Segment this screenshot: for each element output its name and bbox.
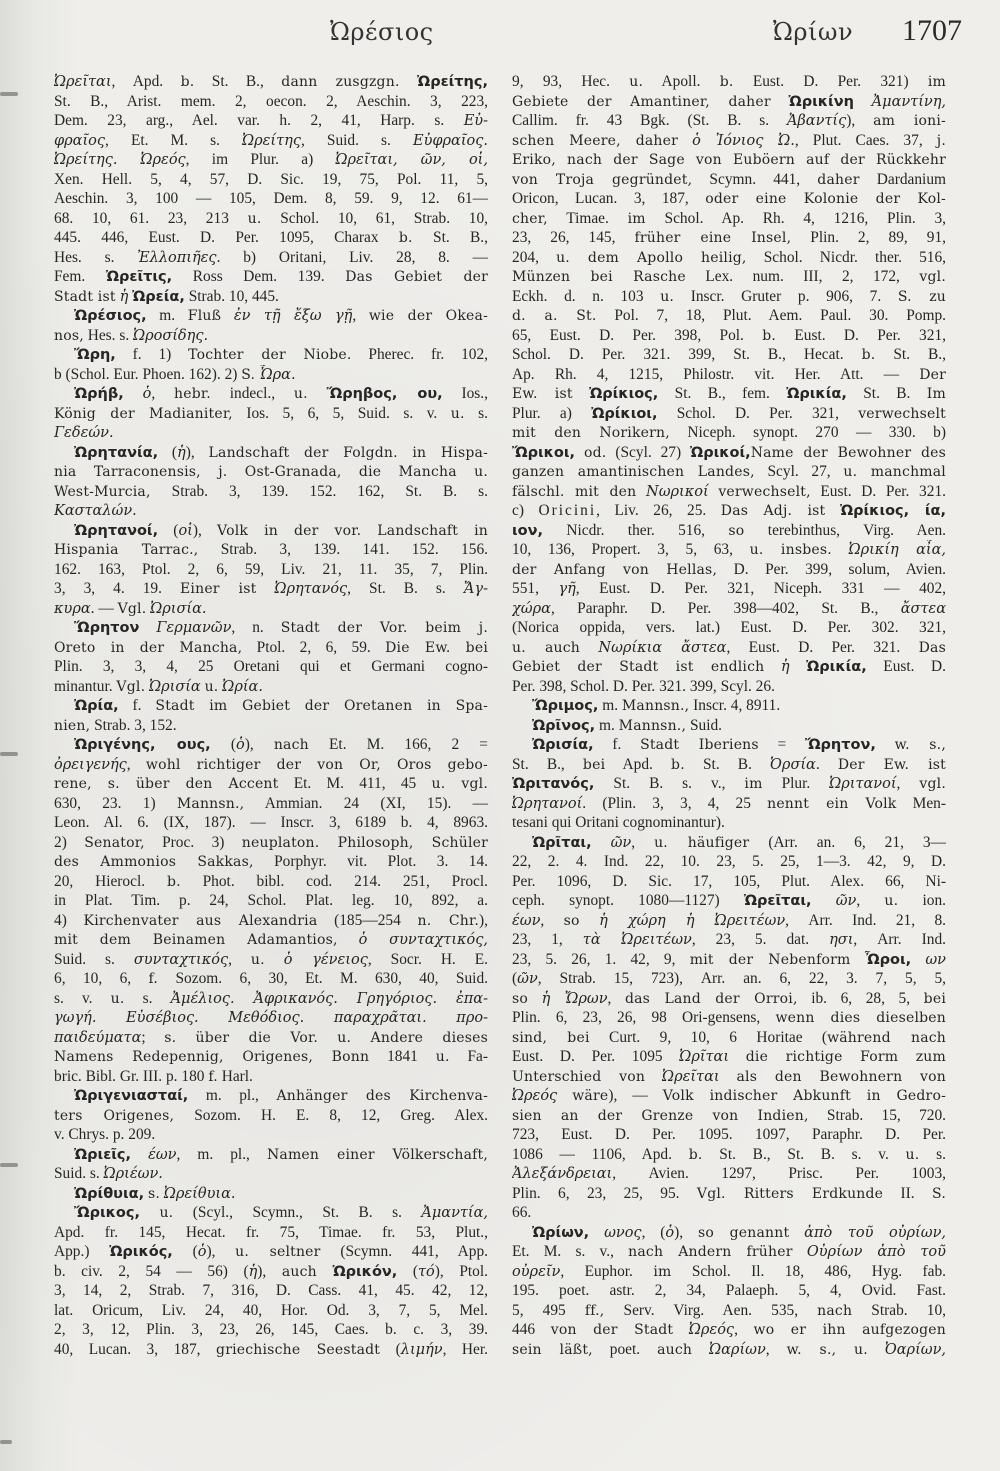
- fraktur-text: sind, bei: [512, 1030, 590, 1046]
- fraktur-text: j.: [937, 133, 946, 149]
- dictionary-line: fälschl. mit den Νωρικοί verwechselt, Eu…: [512, 482, 946, 502]
- text: ,: [856, 892, 884, 909]
- headword: Ὠρήβ,: [74, 386, 124, 402]
- text: (: [158, 522, 178, 539]
- text: , im Plur. a): [186, 151, 336, 168]
- fraktur-text: im: [653, 1264, 671, 1280]
- fraktur-text: Mannsn.,: [619, 718, 686, 734]
- headword: Ὠρίκιοι,: [591, 406, 657, 422]
- greek-text: ὁ συνταχτικός,: [359, 932, 488, 948]
- greek-text: συνταχτικός: [134, 952, 228, 968]
- dictionary-line: Ὠρίων, ωνος, (ὁ), so genannt ἀπὸ τοῦ οὐρ…: [512, 1223, 946, 1243]
- text: Apoll.: [643, 73, 720, 90]
- text: St. B.,: [512, 756, 583, 773]
- dictionary-line: cher, Timae. im Schol. Ap. Rh. 4, 1216, …: [512, 209, 946, 229]
- fraktur-text: u.: [205, 679, 219, 695]
- text: ,: [352, 307, 369, 324]
- fraktur-text: Senator,: [84, 835, 145, 851]
- text: 204,: [512, 249, 556, 266]
- text: ,: [228, 951, 251, 968]
- text: ),: [186, 444, 209, 461]
- fraktur-text: auch: [657, 1342, 692, 1358]
- fraktur-text: S.: [932, 1186, 946, 1202]
- headword: Ὠρητανία,: [74, 445, 158, 461]
- text: , Paraphr. D. Per. 398—402, St. B.,: [551, 600, 901, 617]
- text: St. B., fem.: [658, 385, 786, 402]
- headword: Ὠρητανοί,: [74, 523, 158, 539]
- text: [876, 736, 895, 753]
- headword: Ὠρικία,: [786, 386, 847, 402]
- dictionary-line: ceph. synopt. 1080—1127) Ὠρεῖται, ῶν, u.…: [512, 891, 946, 911]
- text: Pol. 7, 18, Plut. Aem. Paul. 30. Pomp.: [597, 307, 946, 324]
- dictionary-line: tesani qui Oritani cognominantur).: [512, 813, 946, 833]
- fraktur-text: wohl richtiger der von Or, Oros gebo-: [146, 757, 488, 773]
- dictionary-line: Per. 398, Schol. D. Per. 321. 399, Scyl.…: [512, 677, 946, 697]
- text: St. B.,: [875, 346, 946, 363]
- dictionary-line: sien an der Grenze von Indien, Strab. 15…: [512, 1106, 946, 1126]
- text: Suid.: [686, 717, 722, 734]
- text: St. B.,: [413, 229, 488, 246]
- text: [789, 1224, 804, 1241]
- fraktur-text: u. vgl.: [431, 776, 488, 792]
- fraktur-text: s. über die Vor. u. Andere dieses: [164, 1030, 488, 1046]
- dictionary-line: 551, γῆ, Eust. D. Per. 321, Niceph. 331 …: [512, 579, 946, 599]
- dictionary-line: Ὠρίθυια, s. Ὠρείθυια.: [54, 1184, 488, 1204]
- greek-text: Ἀβαντίς: [787, 113, 846, 129]
- margin-mark: [0, 1440, 12, 1444]
- text: D. Per. 399, solum, Avien.: [717, 561, 946, 578]
- dictionary-line: Ἀλεξάνδρειαι, Avien. 1297, Prisc. Per. 1…: [512, 1164, 946, 1184]
- fraktur-text: so: [512, 991, 528, 1007]
- fraktur-text: Hispania Tarrac.,: [54, 542, 198, 558]
- fraktur-text: West-Murcia,: [54, 484, 151, 500]
- fraktur-text: mit dem Beinamen Adamantios,: [54, 932, 338, 948]
- text: (: [397, 1263, 418, 1280]
- text: [771, 93, 789, 110]
- fraktur-text: schen Meere, daher: [512, 133, 678, 149]
- greek-text: ὁ: [236, 737, 245, 753]
- text: [868, 1341, 885, 1358]
- text: 6, 10, 6,: [54, 970, 149, 987]
- fraktur-text: u.: [884, 893, 898, 909]
- dictionary-line: nien, Strab. 3, 152.: [54, 716, 488, 736]
- fraktur-text: mit den Norikern,: [512, 425, 670, 441]
- greek-text: Ἀλεξάνδρειαι: [512, 1166, 612, 1182]
- text: m. pl.,: [188, 1087, 276, 1104]
- fraktur-text: Der: [919, 367, 946, 383]
- left-column: Ὠρεῖται, Apd. b. St. B., dann zusgzgn. Ὠ…: [54, 72, 488, 1359]
- fraktur-text: so: [564, 913, 580, 929]
- fraktur-text: nos,: [54, 328, 84, 344]
- fraktur-text: neuplaton. Philosoph, Schüler: [242, 835, 488, 851]
- text: St. B.: [685, 756, 770, 773]
- text: , Apd.: [112, 73, 181, 90]
- fraktur-text: ganzen amantinischen Landes,: [512, 464, 755, 480]
- dictionary-line: 204, u. dem Apollo heilig, Schol. Nicdr.…: [512, 248, 946, 268]
- greek-text: Ὠρεός: [689, 1322, 734, 1338]
- text: 723, Eust. D. Per. 1095. 1097, Paraphr. …: [512, 1126, 946, 1143]
- text: [575, 444, 584, 461]
- dictionary-line: mit den Norikern, Niceph. synopt. 270 — …: [512, 423, 946, 443]
- text: [825, 502, 840, 519]
- greek-text: ὁ γένειος: [284, 952, 368, 968]
- text: , Liv. 26, 25.: [596, 502, 721, 519]
- greek-text: Ὠρισία: [149, 679, 201, 695]
- dictionary-line: Eckh. d. n. 103 u. Inscr. Gruter p. 906,…: [512, 287, 946, 307]
- headword: Ὠρίθυια,: [74, 1186, 144, 1202]
- text: 195. poet. astr. 2, 34, Palaeph. 5, 4, O…: [512, 1282, 946, 1299]
- dictionary-line: Plin. 6, 23, 25, 95. Vgl. Ritters Erdkun…: [512, 1184, 946, 1204]
- fraktur-text: Einer ist: [180, 581, 256, 597]
- fraktur-text: verwechselt,: [718, 484, 810, 500]
- dictionary-line: 2) Senator, Proc. 3) neuplaton. Philosop…: [54, 833, 488, 853]
- text: (Scymn. 441, App.: [321, 1243, 488, 1260]
- text: s.: [465, 405, 488, 422]
- fraktur-text: u.: [251, 952, 265, 968]
- fraktur-text: u. dem Apollo heilig,: [556, 250, 747, 266]
- text: Timae.: [548, 210, 628, 227]
- dictionary-line: West-Murcia, Strab. 3, 139. 152. 162, St…: [54, 482, 488, 502]
- headword: Ὠρίων,: [532, 1225, 589, 1241]
- dictionary-line: Plin. 3, 3, 4, 25 Oretani qui et Germani…: [54, 657, 488, 677]
- text: Suid. s.: [54, 951, 134, 968]
- greek-text: οἱ: [178, 523, 192, 539]
- dictionary-line: 40, Lucan. 3, 187, griechische Seestadt …: [54, 1340, 488, 1360]
- spaced-text: Oricini: [539, 502, 597, 519]
- text: 9, 93, Hec.: [512, 73, 629, 90]
- text: Per. 1096, D. Sic. 17, 105, Plut. Alex. …: [512, 873, 946, 890]
- dictionary-line: Ὠρήβ, ὁ, hebr. indecl., u. Ὤρηβος, ου, I…: [54, 384, 488, 404]
- greek-text: Ὦρα.: [259, 367, 296, 383]
- fraktur-text: vgl.: [919, 776, 946, 792]
- text: 66.: [512, 1204, 531, 1221]
- running-head-left: Ὠρέσιος: [330, 18, 434, 46]
- fraktur-text: als den Bewohnern von: [737, 1069, 946, 1085]
- text: St. B., St. B. s. v.: [703, 1146, 906, 1163]
- text: ,: [151, 385, 174, 402]
- dictionary-line: s. v. u. s. Ἀμέλιος. Ἀφρικανός. Γρηγόριο…: [54, 989, 488, 1009]
- greek-text: ἡ Ὤρων: [542, 991, 608, 1007]
- text: tesani qui Oritani cognominantur).: [512, 814, 725, 831]
- dictionary-line: Ὠριτανός, St. B. s. v., im Plur. Ὠριτανο…: [512, 774, 946, 794]
- fraktur-text: Das Gebiet der: [345, 269, 488, 285]
- greek-text: ῶν: [836, 893, 857, 909]
- dictionary-line: minantur. Vgl. Ὠρισία u. Ὠρία.: [54, 677, 488, 697]
- fraktur-text: nien,: [54, 718, 90, 734]
- dictionary-line: Ὠριεῖς, έων, m. pl., Namen einer Völkers…: [54, 1145, 488, 1165]
- text: 5, 495: [512, 1302, 585, 1319]
- headword: Ὠριεῖς,: [74, 1147, 131, 1163]
- fraktur-text: b.: [720, 74, 734, 90]
- fraktur-text: u. häufiger: [654, 835, 749, 851]
- fraktur-text: rene, s. über den Accent: [54, 776, 278, 792]
- fraktur-text: w. s.,: [895, 737, 946, 753]
- headword: Ὠριτανός,: [512, 776, 594, 792]
- dictionary-line: b (Schol. Eur. Phoen. 162). 2) S. Ὦρα.: [54, 365, 488, 385]
- dictionary-line: Per. 1096, D. Sic. 17, 105, Plut. Alex. …: [512, 872, 946, 892]
- fraktur-text: u.: [436, 1049, 450, 1065]
- text: ;: [141, 1029, 164, 1046]
- text: [793, 1243, 807, 1260]
- text: 2): [54, 834, 84, 851]
- greek-text: ὁ Ἰόνιος Ὠ.: [692, 133, 795, 149]
- dictionary-line: ters Origenes, Sozom. H. E. 8, 12, Greg.…: [54, 1106, 488, 1126]
- dictionary-line: Apd. fr. 145, Hecat. fr. 75, Timae. fr. …: [54, 1223, 488, 1243]
- text: [812, 892, 836, 909]
- text: 22, 2. 4. Ind. 22, 10. 23, 5. 25, 1—3. 4…: [512, 853, 946, 870]
- text: Ammian. 24 (XI, 15). —: [244, 795, 488, 812]
- text: 3, 3, 4. 19.: [54, 580, 180, 597]
- text: Ios.,: [443, 385, 488, 402]
- text: [854, 93, 872, 110]
- dictionary-line: 2, 3, 12, Plin. 3, 23, 26, 145, Caes. b.…: [54, 1320, 488, 1340]
- greek-text: ἡ χώρη ἡ Ὠρειτέων: [599, 913, 785, 929]
- fraktur-text: dann zusgzgn.: [281, 74, 399, 90]
- text: . —: [91, 600, 118, 617]
- dictionary-line: Ὠρητανία, (ἡ), Landschaft der Folgdn. in…: [54, 443, 488, 463]
- dictionary-line: 630, 23. 1) Mannsn., Ammian. 24 (XI, 15)…: [54, 794, 488, 814]
- dictionary-line: 65, Eust. D. Per. 398, Pol. b. Eust. D. …: [512, 326, 946, 346]
- greek-text: ῶν: [611, 835, 632, 851]
- dictionary-line: Ὠρητανοί. (Plin. 3, 3, 4, 25 nennt ein V…: [512, 794, 946, 814]
- text: 446: [512, 1321, 551, 1338]
- fraktur-text: Namen einer Völkerschaft,: [267, 1147, 488, 1163]
- text: Phot. bibl. cod. 214. 251, Procl.: [181, 873, 488, 890]
- fraktur-text: verwechselt: [858, 406, 946, 422]
- text: ),: [257, 1263, 282, 1280]
- text: ion.: [898, 892, 946, 909]
- text: Scyl. 27,: [755, 463, 844, 480]
- dictionary-line: Eust. D. Per. 1095 Ὠρῖται die richtige F…: [512, 1047, 946, 1067]
- headword: Ὦροι,: [865, 952, 911, 968]
- greek-text: έων: [512, 913, 540, 929]
- text: [573, 385, 589, 402]
- text: [764, 658, 781, 675]
- text: Strab. 3, 139. 141. 152. 156.: [198, 541, 488, 558]
- text: ,: [540, 912, 563, 929]
- text: ),: [674, 1224, 698, 1241]
- greek-text: παιδεύματα: [54, 1030, 141, 1046]
- headword: Ὤρηβος, ου,: [327, 386, 443, 402]
- text: 630, 23. 1): [54, 795, 177, 812]
- dictionary-line: Ew. ist Ὠρίκιος, St. B., fem. Ὠρικία, St…: [512, 384, 946, 404]
- greek-text: ἡ: [177, 445, 186, 461]
- text: Nicdr. ther. 516,: [543, 522, 728, 539]
- fraktur-text: im: [628, 211, 646, 227]
- dictionary-line: ganzen amantinischen Landes, Scyl. 27, u…: [512, 462, 946, 482]
- fraktur-text: Anhänger des Kirchenva-: [276, 1088, 488, 1104]
- fraktur-text: Eriko, nach der Sage von Euböern auf der…: [512, 152, 946, 168]
- fraktur-text: u.: [294, 386, 308, 402]
- headword: Ὠρείτης,: [417, 74, 488, 90]
- text: 10, 136, Propert. 3, 5, 63,: [512, 541, 750, 558]
- fraktur-text: Name der Bewohner des: [751, 445, 946, 461]
- dictionary-line: St. B., bei Apd. b. St. B. Ὀρσία. Der Ew…: [512, 755, 946, 775]
- fraktur-text: Landschaft der Folgdn. in Hispa-: [209, 445, 488, 461]
- fraktur-text: Volk indischer Abkunft in Gedro-: [663, 1088, 946, 1104]
- dictionary-line: Ὠρείτης. Ὠρεός, im Plur. a) Ὠρεῖται, ῶν,…: [54, 150, 488, 170]
- text: Schol. Ap. Rh. 4, 1216, Plin. 3,: [646, 210, 946, 227]
- text: .: [816, 756, 838, 773]
- text: (: [158, 444, 177, 461]
- headword: Ὠριγενιασταί,: [74, 1088, 188, 1104]
- greek-text: ων: [925, 952, 946, 968]
- fraktur-text: griechische Seestadt: [216, 1342, 380, 1358]
- fraktur-text: im: [928, 74, 946, 90]
- text: (: [380, 1341, 401, 1358]
- text: Strab. 15, 720.: [809, 1107, 946, 1124]
- fraktur-text: u. seltner: [235, 1244, 320, 1260]
- text: Proc. 3): [145, 834, 242, 851]
- text: Pherec. fr. 102,: [352, 346, 488, 363]
- dictionary-line: 66.: [512, 1203, 946, 1223]
- fraktur-text: od.: [584, 445, 606, 461]
- text: . b) Oritani, Liv. 28, 8. —: [217, 249, 488, 266]
- headword: Ὤρητον,: [805, 737, 876, 753]
- fraktur-text: der Anfang von Hellas,: [512, 562, 717, 578]
- text: [317, 1263, 333, 1280]
- dictionary-line: Plin. 6, 23, 26, 98 Ori-gensens, wenn di…: [512, 1008, 946, 1028]
- text: [911, 951, 925, 968]
- text: , Arr. Ind. 21, 8.: [785, 912, 946, 929]
- fraktur-text: S. zu: [898, 289, 946, 305]
- headword: Ὤρητον: [74, 620, 139, 636]
- greek-text: ῶν: [517, 971, 538, 987]
- text: s. v.: [54, 990, 111, 1007]
- text: Plin. 6, 23, 25, 95.: [512, 1185, 697, 1202]
- fraktur-text: am ioni-: [873, 113, 946, 129]
- greek-text: τό: [418, 1264, 435, 1280]
- fraktur-text: Stadt im Gebiet der Oretanen in Spa-: [155, 698, 488, 714]
- dictionary-line: 23, 5. 26, 1. 42, 9, mit der Nebenform Ὦ…: [512, 950, 946, 970]
- text: Strab. 3, 139. 152. 162, St. B. s.: [151, 483, 488, 500]
- text: , Suid. s.: [301, 132, 413, 149]
- text: Plin. 2, 89, 91,: [791, 229, 946, 246]
- text: ,: [766, 1341, 787, 1358]
- fraktur-text: während nach: [827, 1030, 946, 1046]
- fraktur-text: b.: [167, 874, 181, 890]
- page-number: 1707: [902, 14, 962, 48]
- text: Dem. 23, arg., Ael. var. h. 2, 41, Harp.…: [54, 112, 464, 129]
- fraktur-text: bei: [924, 991, 946, 1007]
- text: Per. 398, Schol. D. Per. 321. 399, Scyl.…: [512, 678, 775, 695]
- headword: Ὠρικόν,: [332, 1264, 397, 1280]
- greek-text: λιμήν: [401, 1342, 443, 1358]
- fraktur-text: Mannsn.,: [177, 796, 244, 812]
- greek-text: ωνος: [604, 1225, 642, 1241]
- fraktur-text: nach: [274, 737, 309, 753]
- fraktur-text: das Land der Orroi,: [625, 991, 798, 1007]
- dictionary-line: lat. Oricum, Liv. 24, 40, Hor. Od. 3, 7,…: [54, 1301, 488, 1321]
- dictionary-line: St. B., Arist. mem. 2, oecon. 2, Aeschin…: [54, 92, 488, 112]
- text: ),: [206, 1243, 235, 1260]
- fraktur-text: von Troja gegründet,: [512, 172, 692, 188]
- text: ,: [734, 1321, 753, 1338]
- headword: Ὠρικίνη: [789, 94, 854, 110]
- dictionary-line: Ὤρη, f. 1) Tochter der Niobe. Pherec. fr…: [54, 345, 488, 365]
- text: [850, 951, 864, 968]
- headword: Ὠρεία,: [132, 289, 185, 305]
- text: terebinthus, Virg. Aen.: [744, 522, 946, 539]
- fraktur-text: Gebiete der Amantiner, daher: [512, 94, 771, 110]
- text: f.: [119, 697, 156, 714]
- text: [580, 639, 598, 656]
- greek-text: φραῖος: [54, 133, 105, 149]
- fraktur-text: u.: [906, 1147, 920, 1163]
- fraktur-text: Namens Redepennig, Origenes, Bonn: [54, 1049, 369, 1065]
- text: 551,: [512, 580, 558, 597]
- text: Hes. s.: [54, 249, 137, 266]
- text: ),: [479, 912, 488, 929]
- text: St. B., Arist. mem. 2, oecon. 2, Aeschin…: [54, 93, 488, 110]
- dictionary-line: Schol. D. Per. 321. 399, St. B., Hecat. …: [512, 345, 946, 365]
- text: [832, 541, 849, 558]
- text: m.: [595, 717, 619, 734]
- fraktur-text: Stadt ist: [54, 289, 116, 305]
- text: Hes. s.: [84, 327, 133, 344]
- fraktur-text: Das: [919, 640, 946, 656]
- dictionary-line: 445. 446, Eust. D. Per. 1095, Charax b. …: [54, 228, 488, 248]
- dictionary-line: 68. 10, 61. 23, 213 u. Schol. 10, 61, St…: [54, 209, 488, 229]
- fraktur-text: b.: [862, 347, 876, 363]
- greek-text: Ὠρητανός: [274, 581, 347, 597]
- text: , Plut. Caes. 37,: [795, 132, 937, 149]
- text: 23, 5. 26, 1. 42, 9,: [512, 951, 690, 968]
- dictionary-line: (Norica oppida, vers. lat.) Eust. D. Per…: [512, 618, 946, 638]
- headword: Ὤρικος,: [74, 1205, 140, 1221]
- text: 445. 446, Eust. D. Per. 1095, Charax: [54, 229, 399, 246]
- dictionary-line: Dem. 23, arg., Ael. var. h. 2, 41, Harp.…: [54, 111, 488, 131]
- dictionary-line: ὀρειγενής, wohl richtiger der von Or, Or…: [54, 755, 488, 775]
- fraktur-text: vgl.: [919, 269, 946, 285]
- greek-text: τὰ Ὠρειτέων: [583, 932, 692, 948]
- text: Strab. 10, 445.: [185, 288, 279, 305]
- text: , Strab. 15, 723), Arr. an. 6, 22, 3. 7,…: [538, 970, 946, 987]
- text: Et. M. s. v.,: [512, 1243, 628, 1260]
- dictionary-line: sein läßt, poet. auch Ὠαρίων, w. s., u. …: [512, 1340, 946, 1360]
- fraktur-text: cher,: [512, 211, 548, 227]
- text: bric. Bibl. Gr. III. p. 180: [54, 1068, 208, 1085]
- fraktur-text: w. s., u.: [787, 1342, 868, 1358]
- greek-text: Εὐ-: [464, 113, 488, 129]
- text: ,: [897, 775, 920, 792]
- greek-text: Ὠρικίη αἶα,: [849, 542, 946, 558]
- fraktur-text: nennt ein Volk: [767, 796, 896, 812]
- dictionary-line: Hispania Tarrac., Strab. 3, 139. 141. 15…: [54, 540, 488, 560]
- greek-text: ἐν τῇ ἔξω γῇ: [234, 308, 353, 324]
- dictionary-line: Suid. s. συνταχτικός, u. ὁ γένειος, Socr…: [54, 950, 488, 970]
- text: lat. Oricum, Liv. 24, 40, Hor. Od. 3, 7,…: [54, 1302, 488, 1319]
- text: [790, 658, 807, 675]
- text: (Norica oppida, vers. lat.) Eust. D. Per…: [512, 619, 946, 636]
- scanned-dictionary-page: Ὠρέσιος Ὠρίων 1707 Ὠρεῖται, Apd. b. St. …: [0, 0, 1000, 1471]
- fraktur-text: s.: [148, 1186, 160, 1202]
- headword: Ὠρῖται,: [532, 835, 592, 851]
- dictionary-line: 162. 163, Ptol. 2, 6, 59, Liv. 21, 11. 3…: [54, 560, 488, 580]
- text: Apd. fr. 145, Hecat. fr. 75, Timae. fr. …: [54, 1224, 488, 1241]
- fraktur-text: Mannsn.,: [622, 698, 689, 714]
- headword: Ὠρικοί,: [690, 445, 751, 461]
- dictionary-line: Oricon, Lucan. 3, 187, oder eine Kolonie…: [512, 189, 946, 209]
- text: 23, 1,: [512, 931, 583, 948]
- greek-text: Ὠρισία.: [150, 601, 206, 617]
- fraktur-text: so genannt: [698, 1225, 789, 1241]
- text: s.: [125, 990, 171, 1007]
- text: Sozom. 6, 30, Et. M. 630, 40, Suid.: [158, 970, 488, 987]
- text: Inscr. Gruter p. 906, 7.: [674, 288, 898, 305]
- text: Oricon, Lucan. 3, 187,: [512, 190, 705, 207]
- dictionary-line: Hes. s. Ἐλλοπιῆες. b) Oritani, Liv. 28, …: [54, 248, 488, 268]
